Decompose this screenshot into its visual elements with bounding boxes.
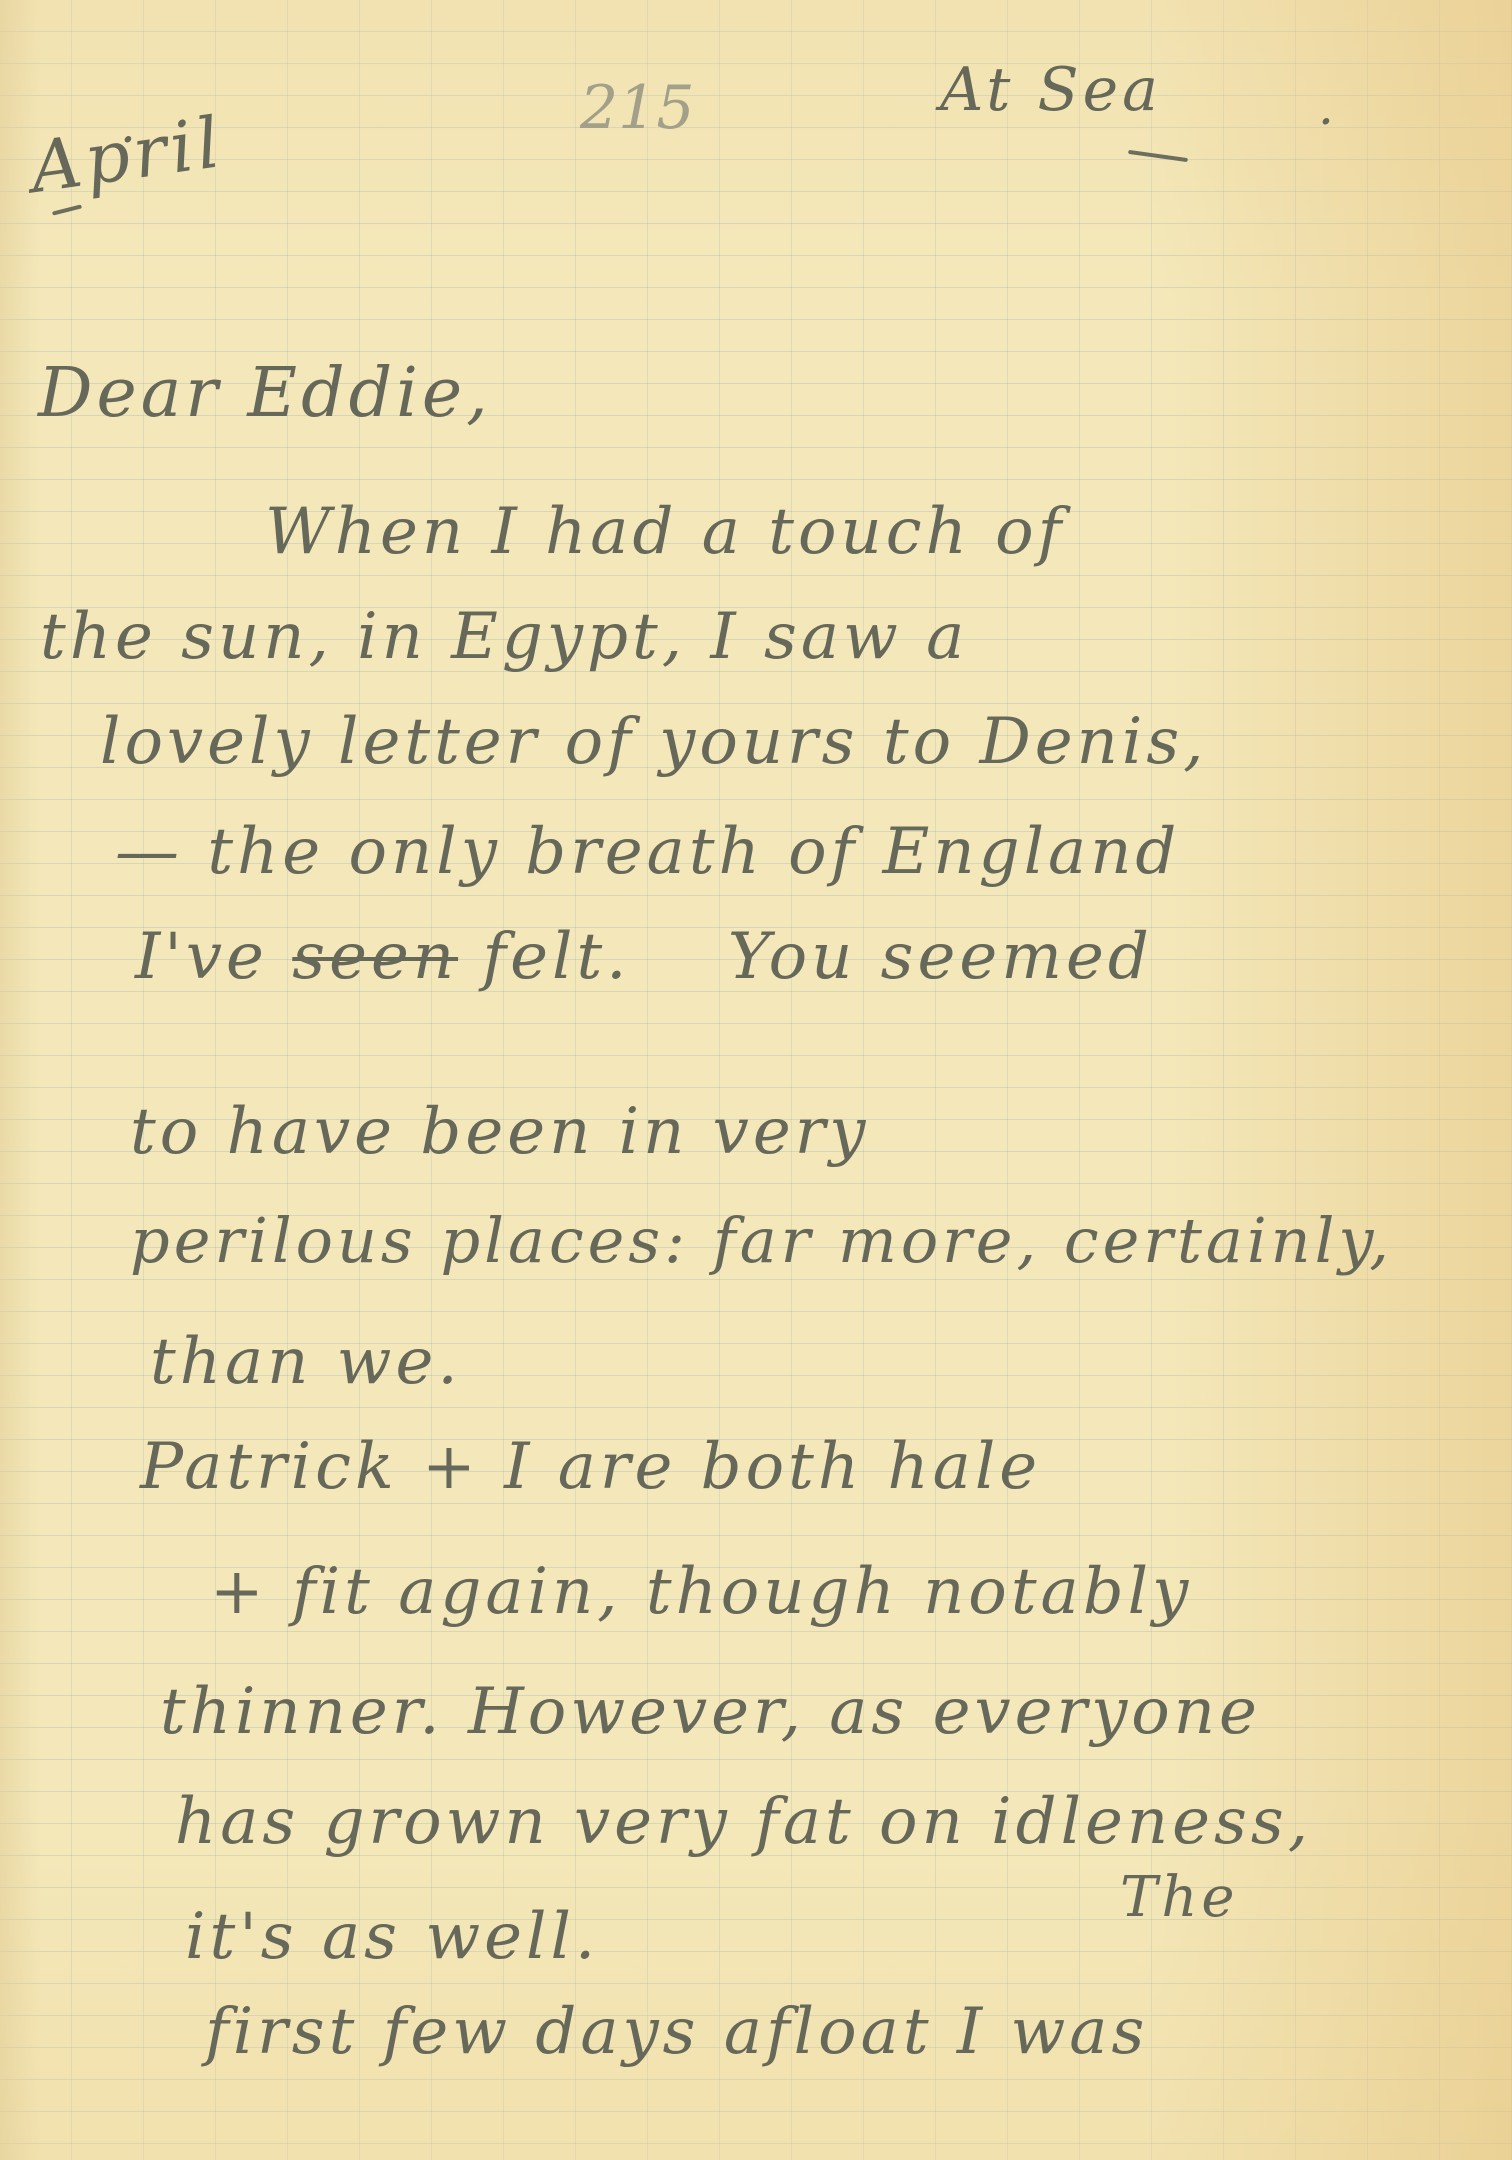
letter-line: perilous places: far more, certainly,: [130, 1210, 1393, 1272]
letter-line: it's as well.: [185, 1905, 599, 1969]
letter-page: April . 215 At Sea . Dear Eddie, When I …: [0, 0, 1512, 2160]
letter-line: Patrick + I are both hale: [140, 1435, 1041, 1499]
page-number: 215: [580, 78, 695, 138]
place-punctuation: .: [1318, 82, 1338, 132]
letter-line: than we.: [150, 1330, 462, 1394]
date-punctuation: .: [120, 100, 140, 150]
letter-line: has grown very fat on idleness,: [175, 1790, 1312, 1854]
struck-word: seen: [292, 920, 458, 994]
letter-line: lovely letter of yours to Denis,: [100, 710, 1208, 774]
letter-line: the sun, in Egypt, I saw a: [40, 605, 968, 669]
letter-line: I've seen felt. You seemed: [135, 925, 1153, 989]
letter-line: + fit again, though notably: [210, 1560, 1192, 1624]
letter-line: to have been in very: [130, 1100, 869, 1164]
letter-line-rest: felt. You seemed: [482, 920, 1152, 994]
insertion-word: The: [1120, 1870, 1239, 1926]
letter-line: first few days afloat I was: [205, 2000, 1148, 2064]
letter-line-start: I've: [135, 920, 292, 994]
letter-line: — the only breath of England: [115, 820, 1180, 884]
letter-line: thinner. However, as everyone: [160, 1680, 1261, 1744]
salutation: Dear Eddie,: [38, 360, 492, 428]
place-heading: At Sea: [940, 60, 1162, 120]
place-underline: [1128, 150, 1188, 162]
letter-line: When I had a touch of: [265, 500, 1065, 564]
